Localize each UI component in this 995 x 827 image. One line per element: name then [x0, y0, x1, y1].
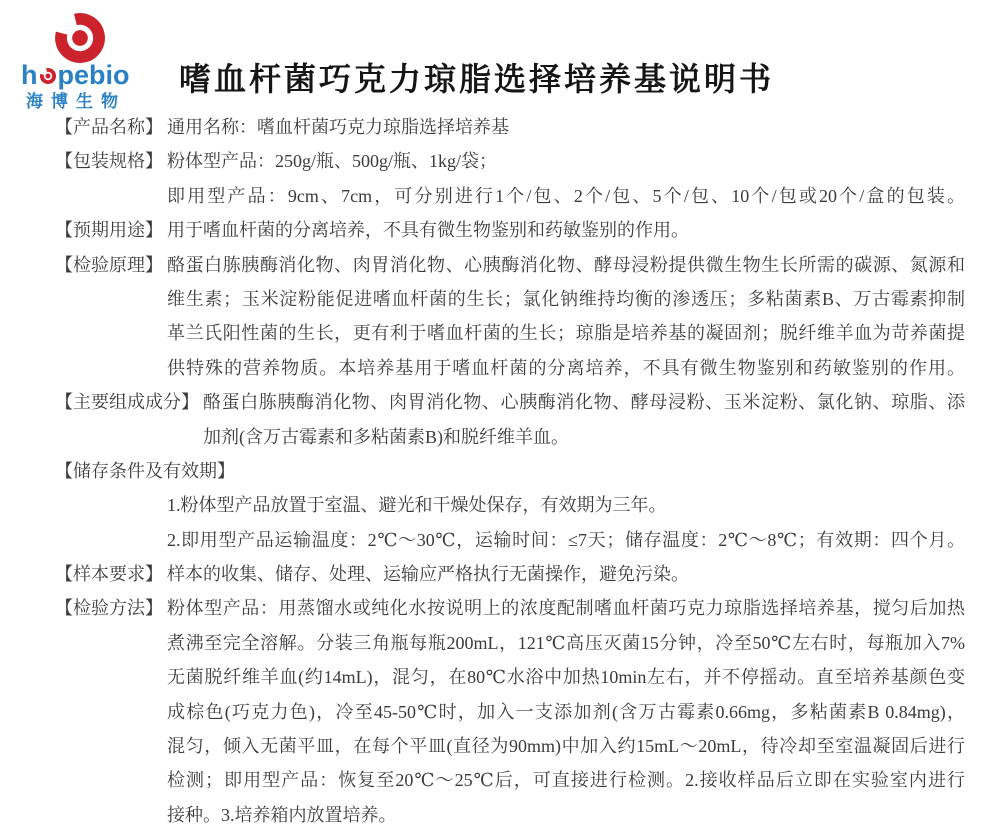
logo-swirl-icon — [50, 10, 110, 66]
section-label: 【样本要求】 — [55, 557, 167, 591]
line-text — [239, 454, 965, 488]
line-text: 样本的收集、储存、处理、运输应严格执行无菌操作，避免污染。 — [167, 557, 965, 591]
doc-line: 【储存条件及有效期】 — [55, 454, 965, 488]
section-label: 【检验原理】 — [55, 248, 167, 282]
section-label: 【包装规格】 — [55, 144, 167, 178]
section-label: 【主要组成成分】 — [55, 385, 203, 419]
doc-section: 【样本要求】样本的收集、储存、处理、运输应严格执行无菌操作，避免污染。 — [0, 557, 995, 591]
line-text: 1.粉体型产品放置于室温、避光和干燥处保存，有效期为三年。 — [167, 488, 965, 522]
doc-line: 【样本要求】样本的收集、储存、处理、运输应严格执行无菌操作，避免污染。 — [55, 557, 965, 591]
doc-line: 供特殊的营养物质。本培养基用于嗜血杆菌的分离培养，不具有微生物鉴别和药敏鉴别的作… — [167, 351, 965, 385]
line-text: 2.即用型产品运输温度：2℃～30℃，运输时间：≤7天；储存温度：2℃～8℃；有… — [167, 523, 965, 557]
doc-line: 混匀，倾入无菌平皿，在每个平皿(直径为90mm)中加入约15mL～20mL，待冷… — [167, 729, 965, 763]
doc-section: 【主要组成成分】酪蛋白胨胰酶消化物、肉胃消化物、心胰酶消化物、酵母浸粉、玉米淀粉… — [0, 385, 995, 454]
section-label: 【储存条件及有效期】 — [55, 454, 239, 488]
brand-text: pebio — [58, 62, 130, 89]
line-text: 革兰氏阳性菌的生长，更有利于嗜血杆菌的生长；琼脂是培养基的凝固剂；脱纤维羊血为苛… — [167, 316, 965, 350]
line-text: 即用型产品：9cm、7cm，可分别进行1个/包、2个/包、5个/包、10个/包或… — [167, 179, 965, 213]
brand-wordmark: hpebio — [21, 61, 130, 89]
line-text: 维生素；玉米淀粉能促进嗜血杆菌的生长；氯化钠维持均衡的渗透压；多粘菌素B、万古霉… — [167, 282, 965, 316]
doc-line: 【检验方法】粉体型产品：用蒸馏水或纯化水按说明上的浓度配制嗜血杆菌巧克力琼脂选择… — [55, 591, 965, 625]
doc-section: 【检验方法】粉体型产品：用蒸馏水或纯化水按说明上的浓度配制嗜血杆菌巧克力琼脂选择… — [0, 591, 995, 827]
section-label: 【预期用途】 — [55, 213, 167, 247]
doc-line: 【预期用途】用于嗜血杆菌的分离培养，不具有微生物鉴别和药敏鉴别的作用。 — [55, 213, 965, 247]
line-text: 加剂(含万古霉素和多粘菌素B)和脱纤维羊血。 — [203, 420, 965, 454]
line-text: 粉体型产品：250g/瓶、500g/瓶、1kg/袋； — [167, 144, 965, 178]
doc-line: 革兰氏阳性菌的生长，更有利于嗜血杆菌的生长；琼脂是培养基的凝固剂；脱纤维羊血为苛… — [167, 316, 965, 350]
section-label: 【产品名称】 — [55, 110, 167, 144]
section-label: 【检验方法】 — [55, 591, 167, 625]
line-text: 煮沸至完全溶解。分装三角瓶每瓶200mL，121℃高压灭菌15分钟，冷至50℃左… — [167, 626, 965, 660]
doc-section: 【预期用途】用于嗜血杆菌的分离培养，不具有微生物鉴别和药敏鉴别的作用。 — [0, 213, 995, 247]
line-text: 混匀，倾入无菌平皿，在每个平皿(直径为90mm)中加入约15mL～20mL，待冷… — [167, 729, 965, 763]
line-text: 成棕色(巧克力色)，冷至45-50℃时，加入一支添加剂(含万古霉素0.66mg，… — [167, 695, 965, 729]
line-text: 用于嗜血杆菌的分离培养，不具有微生物鉴别和药敏鉴别的作用。 — [167, 213, 965, 247]
document-body: 【产品名称】通用名称：嗜血杆菌巧克力琼脂选择培养基【包装规格】粉体型产品：250… — [0, 110, 995, 827]
doc-line: 【检验原理】酪蛋白胨胰酶消化物、肉胃消化物、心胰酶消化物、酵母浸粉提供微生物生长… — [55, 248, 965, 282]
doc-line: 2.即用型产品运输温度：2℃～30℃，运输时间：≤7天；储存温度：2℃～8℃；有… — [167, 523, 965, 557]
doc-section: 【检验原理】酪蛋白胨胰酶消化物、肉胃消化物、心胰酶消化物、酵母浸粉提供微生物生长… — [0, 248, 995, 386]
doc-line: 【产品名称】通用名称：嗜血杆菌巧克力琼脂选择培养基 — [55, 110, 965, 144]
doc-line: 成棕色(巧克力色)，冷至45-50℃时，加入一支添加剂(含万古霉素0.66mg，… — [167, 695, 965, 729]
line-text: 通用名称：嗜血杆菌巧克力琼脂选择培养基 — [167, 110, 965, 144]
doc-line: 【主要组成成分】酪蛋白胨胰酶消化物、肉胃消化物、心胰酶消化物、酵母浸粉、玉米淀粉… — [55, 385, 965, 419]
brand-text: h — [21, 62, 38, 89]
doc-line: 即用型产品：9cm、7cm，可分别进行1个/包、2个/包、5个/包、10个/包或… — [167, 179, 965, 213]
line-text: 酪蛋白胨胰酶消化物、肉胃消化物、心胰酶消化物、酵母浸粉、玉米淀粉、氯化钠、琼脂、… — [203, 385, 965, 419]
doc-line: 1.粉体型产品放置于室温、避光和干燥处保存，有效期为三年。 — [167, 488, 965, 522]
doc-line: 检测；即用型产品：恢复至20℃～25℃后，可直接进行检测。2.接收样品后立即在实… — [167, 763, 965, 797]
line-text: 无菌脱纤维羊血(约14mL)，混匀，在80℃水浴中加热10min左右，并不停摇动… — [167, 660, 965, 694]
line-text: 接种。3.培养箱内放置培养。 — [167, 798, 965, 827]
doc-section: 【产品名称】通用名称：嗜血杆菌巧克力琼脂选择培养基 — [0, 110, 995, 144]
doc-line: 加剂(含万古霉素和多粘菌素B)和脱纤维羊血。 — [203, 420, 965, 454]
doc-line: 维生素；玉米淀粉能促进嗜血杆菌的生长；氯化钠维持均衡的渗透压；多粘菌素B、万古霉… — [167, 282, 965, 316]
line-text: 酪蛋白胨胰酶消化物、肉胃消化物、心胰酶消化物、酵母浸粉提供微生物生长所需的碳源、… — [167, 248, 965, 282]
line-text: 检测；即用型产品：恢复至20℃～25℃后，可直接进行检测。2.接收样品后立即在实… — [167, 763, 965, 797]
brand-chinese-name: 海博生物 — [26, 87, 126, 112]
doc-line: 煮沸至完全溶解。分装三角瓶每瓶200mL，121℃高压灭菌15分钟，冷至50℃左… — [167, 626, 965, 660]
page-title: 嗜血杆菌巧克力琼脂选择培养基说明书 — [179, 54, 774, 100]
line-text: 供特殊的营养物质。本培养基用于嗜血杆菌的分离培养，不具有微生物鉴别和药敏鉴别的作… — [167, 351, 965, 385]
doc-section: 【包装规格】粉体型产品：250g/瓶、500g/瓶、1kg/袋；即用型产品：9c… — [0, 144, 995, 213]
document-page: hpebio 海博生物 嗜血杆菌巧克力琼脂选择培养基说明书 【产品名称】通用名称… — [0, 0, 995, 827]
brand-o-icon — [39, 67, 57, 85]
doc-section: 【储存条件及有效期】1.粉体型产品放置于室温、避光和干燥处保存，有效期为三年。2… — [0, 454, 995, 557]
doc-line: 接种。3.培养箱内放置培养。 — [167, 798, 965, 827]
doc-line: 【包装规格】粉体型产品：250g/瓶、500g/瓶、1kg/袋； — [55, 144, 965, 178]
doc-line: 无菌脱纤维羊血(约14mL)，混匀，在80℃水浴中加热10min左右，并不停摇动… — [167, 660, 965, 694]
line-text: 粉体型产品：用蒸馏水或纯化水按说明上的浓度配制嗜血杆菌巧克力琼脂选择培养基，搅匀… — [167, 591, 965, 625]
